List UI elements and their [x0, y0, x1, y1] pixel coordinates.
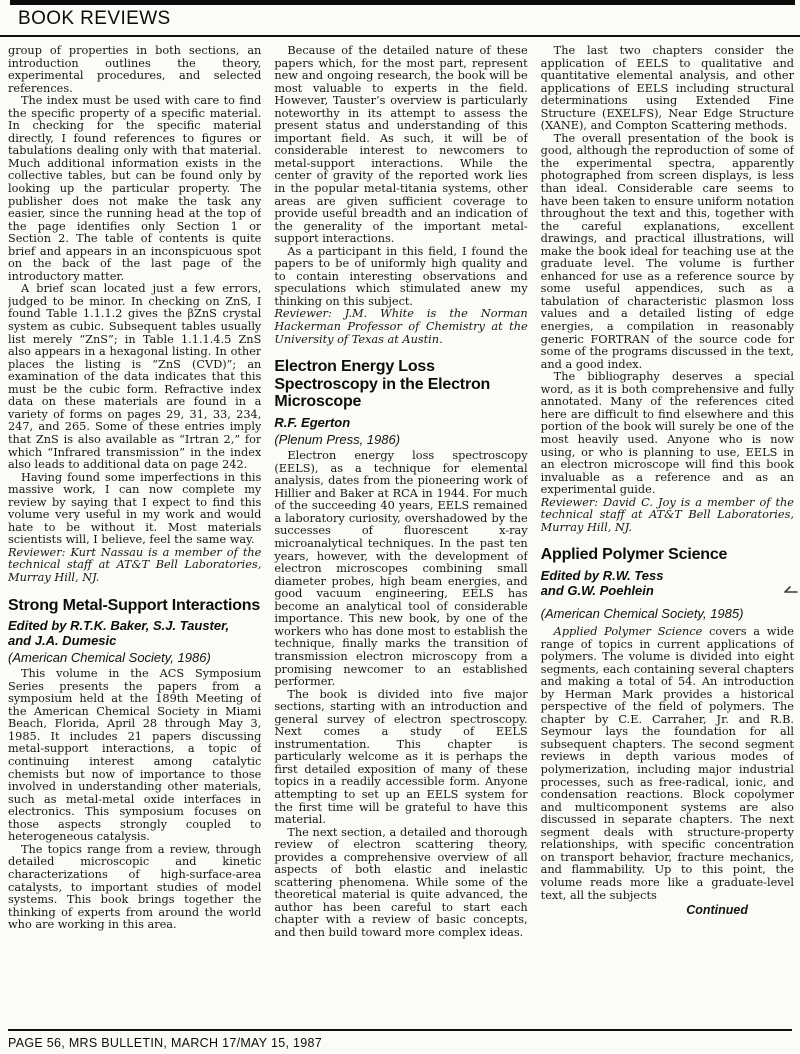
page-title: BOOK REVIEWS — [18, 8, 171, 30]
book-publisher: (Plenum Press, 1986) — [274, 433, 527, 448]
body-paragraph: The next section, a detailed and thoroug… — [274, 827, 527, 940]
page-footer: PAGE 56, MRS BULLETIN, MARCH 17/MAY 15, … — [8, 1036, 322, 1050]
book-byline: R.F. Egerton — [274, 416, 527, 431]
pen-arrow-icon — [784, 586, 798, 596]
top-rule-thick — [10, 0, 795, 5]
body-paragraph: The last two chapters consider the appli… — [541, 45, 794, 133]
book-title-heading: Electron Energy Loss Spectroscopy in the… — [274, 358, 527, 411]
body-paragraph: This volume in the ACS Symposium Series … — [8, 668, 261, 844]
body-paragraph: A brief scan located just a few errors, … — [8, 283, 261, 471]
reviewer-note: Reviewer: David C. Joy is a member of th… — [541, 497, 794, 535]
body-paragraph: As a participant in this field, I found … — [274, 246, 527, 309]
body-paragraph: The topics range from a review, through … — [8, 844, 261, 932]
article-columns: group of properties in both sections, an… — [8, 45, 794, 1028]
body-paragraph: group of properties in both sections, an… — [8, 45, 261, 95]
book-byline: Edited by R.T.K. Baker, S.J. Tauster, an… — [8, 619, 261, 649]
book-title-heading: Strong Metal-Support Interactions — [8, 597, 261, 615]
reviewer-note: Reviewer: Kurt Nassau is a member of the… — [8, 547, 261, 585]
body-paragraph: Because of the detailed nature of these … — [274, 45, 527, 246]
continued-marker: Continued — [541, 904, 794, 917]
body-paragraph: The overall presentation of the book is … — [541, 133, 794, 371]
body-paragraph: Applied Polymer Science covers a wide ra… — [541, 626, 794, 902]
body-paragraph: The book is divided into five major sect… — [274, 689, 527, 827]
reviewer-note: Reviewer: J.M. White is the Norman Hacke… — [274, 308, 527, 346]
title-rule — [0, 35, 800, 37]
book-byline: Edited by R.W. Tess and G.W. Poehlein — [541, 569, 794, 599]
scanned-journal-page: BOOK REVIEWS group of properties in both… — [0, 0, 800, 1054]
body-paragraph: Electron energy loss spectroscopy (EELS)… — [274, 450, 527, 688]
column-2: Because of the detailed nature of these … — [274, 45, 527, 1028]
body-paragraph: The bibliography deserves a special word… — [541, 371, 794, 496]
footer-rule — [8, 1029, 792, 1031]
body-paragraph: The index must be used with care to find… — [8, 95, 261, 283]
body-paragraph: Having found some imperfections in this … — [8, 472, 261, 547]
column-3: The last two chapters consider the appli… — [541, 45, 794, 1028]
book-publisher: (American Chemical Society, 1986) — [8, 651, 261, 666]
book-publisher: (American Chemical Society, 1985) — [541, 607, 794, 622]
book-title-heading: Applied Polymer Science — [541, 546, 794, 564]
column-1: group of properties in both sections, an… — [8, 45, 261, 1028]
italic-lead: Applied Polymer Science — [554, 625, 703, 638]
